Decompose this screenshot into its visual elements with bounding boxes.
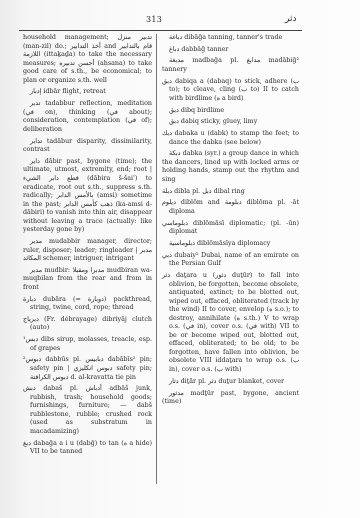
dictionary-entry: دثار diṯār pl. دثر duṯur blanket, cover	[162, 378, 299, 387]
page-number: 313	[146, 15, 162, 24]
dictionary-entry: دبلة dibla pl. دبل dibal ring	[162, 188, 299, 197]
right-column: دباغة dibāḡa tanning, tanner's trade دبا…	[162, 34, 299, 410]
dictionary-entry: دبق dabiq sticky, gluey, limy	[162, 118, 299, 127]
dictionary-entry: دبلوماسي diblōmāsī diplomatic; (pl. -ūn)…	[162, 220, 299, 237]
dictionary-entry: إدبار idbār flight, retreat	[23, 88, 152, 97]
dictionary-entry: دبلوماسية diblōmāsīya diplomacy	[162, 240, 299, 249]
dictionary-entry: مدبر mudabbir manager, director; ruler, …	[23, 238, 152, 264]
dictionary-entry: household management; تدبير منزل (man-zi…	[23, 34, 152, 85]
dictionary-entry: تدابر tadābur disparity, dissimilarity, …	[23, 138, 152, 155]
dictionary-entry: ديلوم diblōm and دبلومة diblōma pl. -āt …	[162, 199, 299, 216]
dictionary-entry: دبوس² dabbūs pl. دبابيس dabābīs² pin; sa…	[23, 356, 152, 382]
header-rule	[19, 30, 302, 31]
dictionary-entry: دابر dābir past, bygone (time); the ulti…	[23, 158, 152, 235]
dictionary-entry: مدثور madṯūr past, bygone, ancient (time…	[162, 390, 299, 407]
dictionary-entry: دبش dabaš pl. أدباش adbāš junk, rubbish,…	[23, 385, 152, 436]
dictionary-entry: دبارة dubāra (= دوبارة) packthread, stri…	[23, 296, 152, 313]
root-word-header: دثر	[285, 14, 296, 24]
dictionary-entry: تدبر tadabbur reflection, meditation (في…	[23, 100, 152, 134]
dictionary-entry: دبق dabiqa a (dabaq) to stick, adhere (ب…	[162, 78, 299, 104]
dictionary-entry: مدبر mudbir: مدبرا ومقبلا mudbiran wa-mu…	[23, 267, 152, 293]
dictionary-entry: دباغ dabbāḡ tanner	[162, 46, 299, 55]
dictionary-entry: دبس¹ dibs sirup, molasses, treacle, esp.…	[23, 336, 152, 353]
dictionary-entry: دبكة dabka (syr.) a group dance in which…	[162, 150, 299, 184]
dictionary-entry: دثر daṯara u (دثور duṯūr) to fall into o…	[162, 272, 299, 375]
dictionary-entry: دبق dibq birdlime	[162, 107, 299, 116]
dictionary-entry: دبرياج (Fr. débrayage) dibriyāj clutch (…	[23, 316, 152, 333]
dictionary-entry: دبغ dabaḡa a i u (dabḡ) to tan (ه a hide…	[23, 440, 152, 457]
dictionary-entry: دبي dubaiy² Dubai, name of an emirate on…	[162, 252, 299, 269]
dictionary-entry: دبك dabaka u (dabk) to stamp the feet; t…	[162, 130, 299, 147]
left-column: household management; تدبير منزل (man-zi…	[23, 34, 152, 460]
column-divider	[156, 34, 157, 484]
dictionary-entry: مدبغة madbaḡa pl. مدابغ madābiḡ² tannery	[162, 57, 299, 74]
dictionary-entry: دباغة dibāḡa tanning, tanner's trade	[162, 34, 299, 43]
